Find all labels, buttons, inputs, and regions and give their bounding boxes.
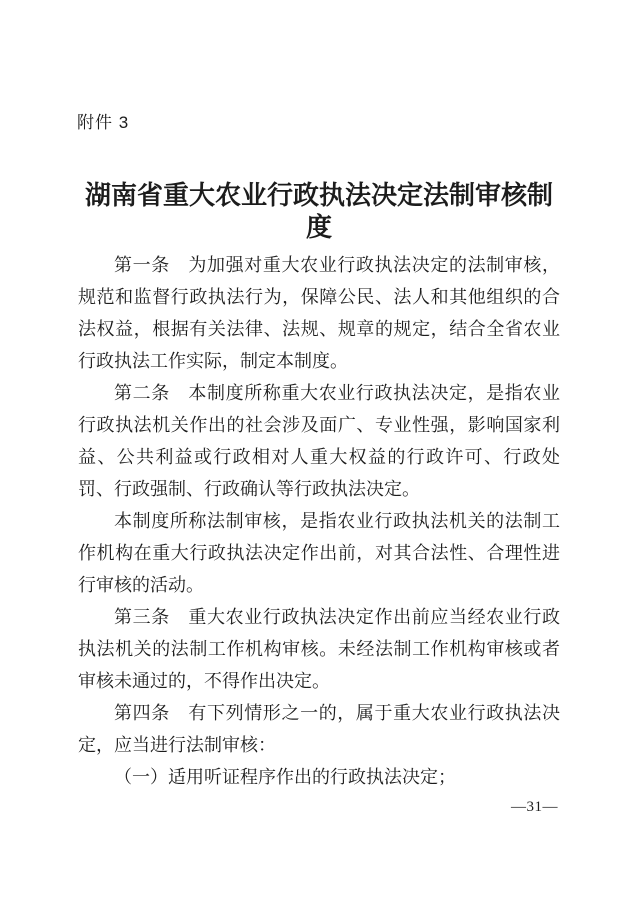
paragraph-article-4-item-1: （一）适用听证程序作出的行政执法决定；	[78, 761, 560, 793]
paragraph-article-4: 第四条 有下列情形之一的，属于重大农业行政执法决定，应当进行法制审核：	[78, 697, 560, 761]
document-page: 附件 3 湖南省重大农业行政执法决定法制审核制度 第一条 为加强对重大农业行政执…	[0, 0, 635, 898]
paragraph-article-1: 第一条 为加强对重大农业行政执法决定的法制审核，规范和监督行政执法行为，保障公民…	[78, 249, 560, 377]
paragraph-article-3: 第三条 重大农业行政执法决定作出前应当经农业行政执法机关的法制工作机构审核。未经…	[78, 601, 560, 697]
paragraph-article-2-continued: 本制度所称法制审核，是指农业行政执法机关的法制工作机构在重大行政执法决定作出前，…	[78, 505, 560, 601]
document-title: 湖南省重大农业行政执法决定法制审核制度	[75, 180, 563, 244]
attachment-label: 附件 3	[77, 111, 129, 135]
document-body: 第一条 为加强对重大农业行政执法决定的法制审核，规范和监督行政执法行为，保障公民…	[78, 249, 560, 793]
paragraph-article-2: 第二条 本制度所称重大农业行政执法决定，是指农业行政执法机关作出的社会涉及面广、…	[78, 377, 560, 505]
page-number: —31—	[511, 797, 558, 817]
